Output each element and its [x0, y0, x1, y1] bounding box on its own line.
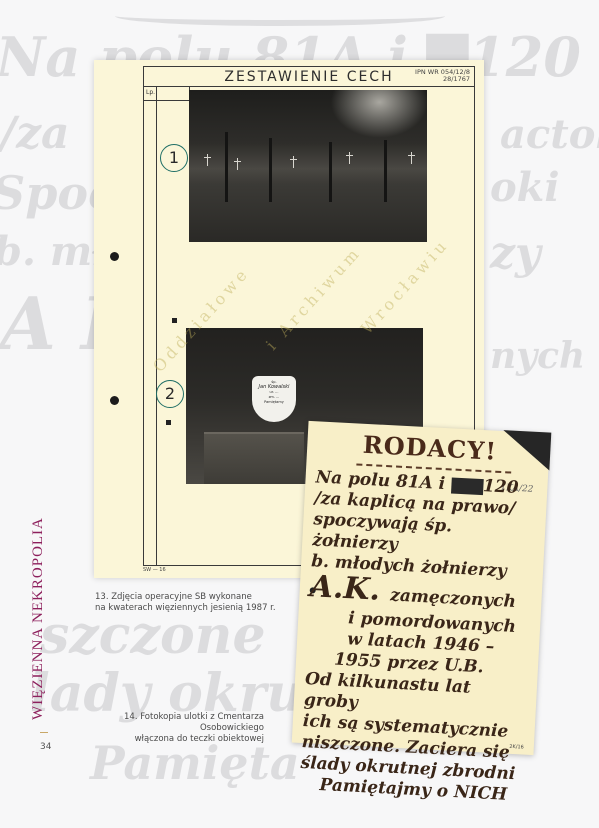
running-head-rule: [40, 732, 48, 733]
archive-reference: IPN WR 054/12/8 28/1767: [415, 69, 470, 83]
photo-number-2: 2: [156, 380, 184, 408]
punch-hole: [110, 252, 119, 261]
background-script-right-2: oki: [490, 168, 560, 208]
leaflet-text: RODACY! Na polu 81A i 120 /za kaplicą na…: [299, 427, 543, 806]
caption-line: 14. Fotokopia ulotki z Cmentarza Osobowi…: [84, 712, 264, 734]
background-script-right-4: nych: [490, 338, 585, 374]
background-script-right-3: zy: [490, 232, 541, 276]
lp-column-label: Lp.: [146, 89, 155, 96]
grave-cross: [411, 152, 412, 164]
background-script-line-4: b. mł: [0, 232, 108, 272]
tree-trunk: [384, 140, 387, 202]
leaflet-line-text: zamęczonych: [390, 585, 517, 612]
leaflet-line-text: A.K.: [309, 569, 381, 608]
leaflet-footer-mark: 2K/16: [509, 744, 524, 751]
plaque-line: Pamiętamy: [252, 400, 296, 405]
punch-hole: [110, 396, 119, 405]
tree-trunk: [225, 132, 228, 202]
caption-line: 13. Zdjęcia operacyjne SB wykonane: [95, 592, 276, 603]
mark-dot: [172, 318, 177, 323]
background-script-right-1: actol: [500, 115, 599, 155]
archive-reference-line-2: 28/1767: [415, 76, 470, 83]
mark-dot: [166, 420, 171, 425]
leaflet-line-text: 120: [482, 476, 518, 498]
page-number: 34: [40, 742, 51, 752]
caption-line: na kwaterach więziennych jesienią 1987 r…: [95, 603, 276, 614]
running-head: WIĘZIENNA NEKROPOLIA: [30, 517, 47, 720]
caption-line: włączona do teczki obiektowej: [84, 734, 264, 745]
grave-cross: [237, 158, 238, 170]
photo-number-1: 1: [160, 144, 188, 172]
background-script-bottom-3: Pamięta: [90, 740, 300, 786]
handwritten-leaflet: 1KA/22 RODACY! Na polu 81A i 120 /za kap…: [292, 421, 551, 755]
form-header-rule: [144, 86, 474, 87]
background-script-line-2: /za: [0, 112, 70, 156]
redaction-block: [451, 477, 484, 495]
caption-figure-13: 13. Zdjęcia operacyjne SB wykonane na kw…: [95, 592, 276, 614]
tree-trunk: [329, 142, 332, 202]
background-script-bottom-1: szczone: [40, 610, 266, 662]
grave-cross: [293, 156, 294, 168]
tree-trunk: [269, 138, 272, 202]
grave-cross: [207, 154, 208, 166]
form-column-rule: [156, 86, 157, 565]
background-brush-stroke: [115, 6, 445, 26]
form-footer-code: SW — 16: [143, 567, 166, 573]
grave-cross: [349, 152, 350, 164]
memorial-plaque: śp. Jan Kowalski ur. ... zm. ... Pamięta…: [252, 376, 296, 422]
grave-slab: [204, 432, 304, 484]
cemetery-alley-photo: [189, 90, 427, 242]
caption-figure-14: 14. Fotokopia ulotki z Cmentarza Osobowi…: [84, 712, 264, 745]
